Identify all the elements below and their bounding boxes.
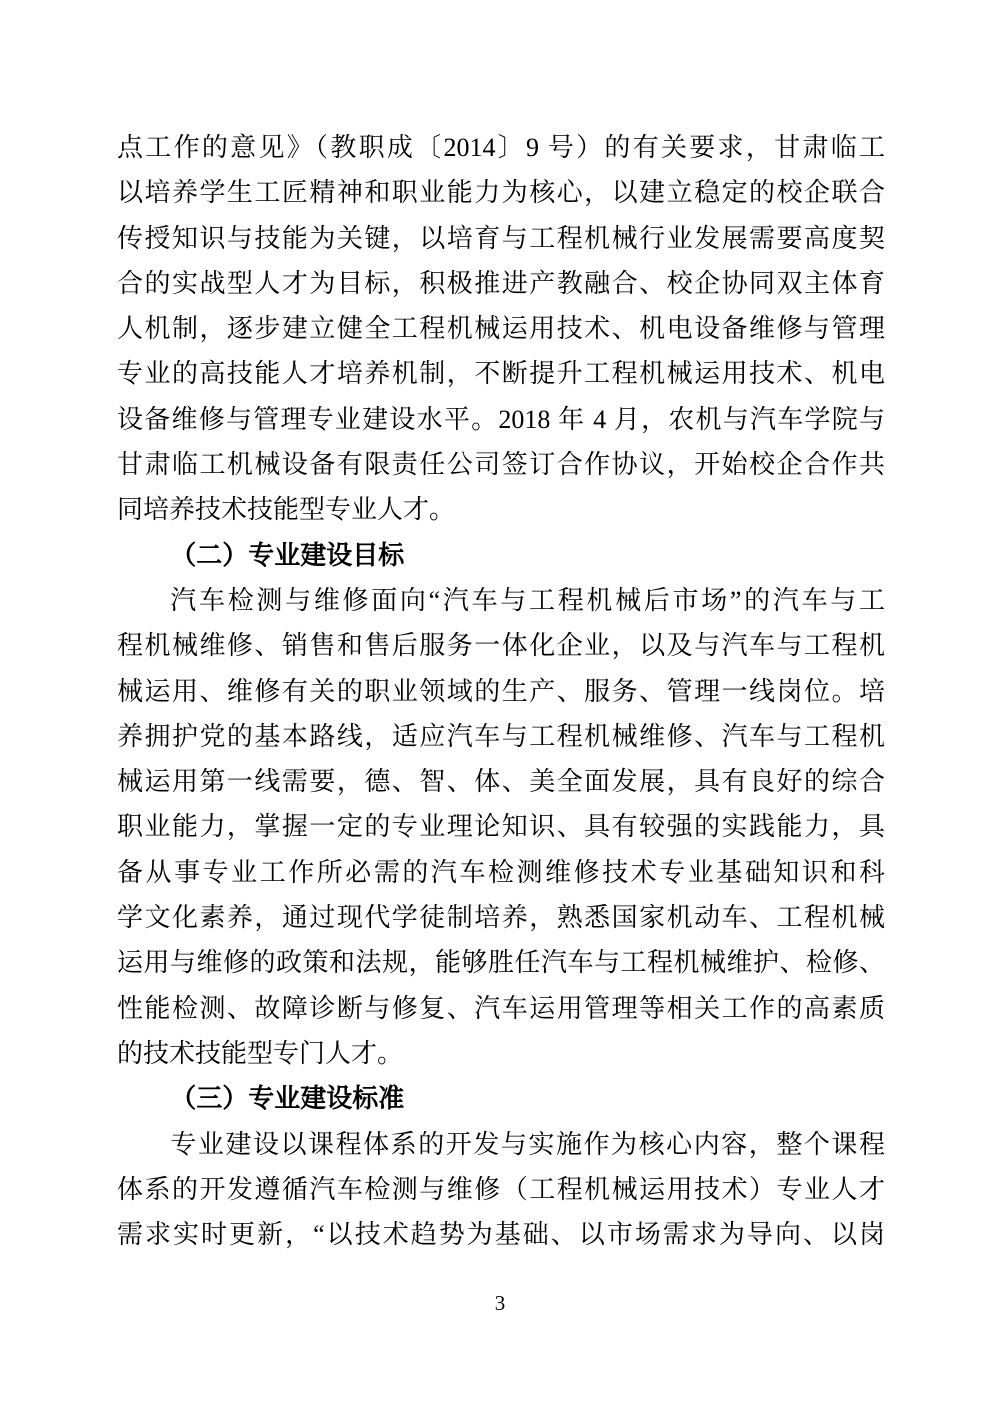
document-line: 传授知识与技能为关键，以培育与工程机械行业发展需要高度契 bbox=[117, 216, 885, 261]
document-line: 学文化素养，通过现代学徒制培养，熟悉国家机动车、工程机械 bbox=[117, 895, 885, 940]
document-content: 点工作的意见》（教职成〔2014〕9 号）的有关要求，甘肃临工以培养学生工匠精神… bbox=[117, 125, 885, 1257]
document-line: 设备维修与管理专业建设水平。2018 年 4 月，农机与汽车学院与 bbox=[117, 397, 885, 442]
document-line: 职业能力，掌握一定的专业理论知识、具有较强的实践能力，具 bbox=[117, 804, 885, 849]
page-number: 3 bbox=[0, 1289, 1000, 1317]
document-line: 性能检测、故障诊断与修复、汽车运用管理等相关工作的高素质 bbox=[117, 986, 885, 1031]
document-line: 养拥护党的基本路线，适应汽车与工程机械维修、汽车与工程机 bbox=[117, 714, 885, 759]
document-line: 汽车检测与维修面向“汽车与工程机械后市场”的汽车与工 bbox=[117, 578, 885, 623]
document-line: 人机制，逐步建立健全工程机械运用技术、机电设备维修与管理 bbox=[117, 306, 885, 351]
document-line: 合的实战型人才为目标，积极推进产教融合、校企协同双主体育 bbox=[117, 261, 885, 306]
document-line: 的技术技能型专门人才。 bbox=[117, 1031, 885, 1076]
document-line: 以培养学生工匠精神和职业能力为核心，以建立稳定的校企联合 bbox=[117, 170, 885, 215]
document-line: 需求实时更新，“以技术趋势为基础、以市场需求为导向、以岗 bbox=[117, 1212, 885, 1257]
section-heading: （三）专业建设标准 bbox=[117, 1076, 885, 1121]
document-line: 程机械维修、销售和售后服务一体化企业，以及与汽车与工程机 bbox=[117, 623, 885, 668]
document-line: 备从事专业工作所必需的汽车检测维修技术专业基础知识和科 bbox=[117, 850, 885, 895]
document-line: 械运用第一线需要，德、智、体、美全面发展，具有良好的综合 bbox=[117, 759, 885, 804]
document-line: 同培养技术技能型专业人才。 bbox=[117, 487, 885, 532]
document-line: 甘肃临工机械设备有限责任公司签订合作协议，开始校企合作共 bbox=[117, 442, 885, 487]
document-line: 运用与维修的政策和法规，能够胜任汽车与工程机械维护、检修、 bbox=[117, 940, 885, 985]
section-heading: （二）专业建设目标 bbox=[117, 533, 885, 578]
document-line: 械运用、维修有关的职业领域的生产、服务、管理一线岗位。培 bbox=[117, 669, 885, 714]
document-line: 专业的高技能人才培养机制，不断提升工程机械运用技术、机电 bbox=[117, 351, 885, 396]
document-line: 点工作的意见》（教职成〔2014〕9 号）的有关要求，甘肃临工 bbox=[117, 125, 885, 170]
document-line: 专业建设以课程体系的开发与实施作为核心内容，整个课程 bbox=[117, 1122, 885, 1167]
document-page: 点工作的意见》（教职成〔2014〕9 号）的有关要求，甘肃临工以培养学生工匠精神… bbox=[0, 0, 1000, 1414]
document-line: 体系的开发遵循汽车检测与维修（工程机械运用技术）专业人才 bbox=[117, 1167, 885, 1212]
